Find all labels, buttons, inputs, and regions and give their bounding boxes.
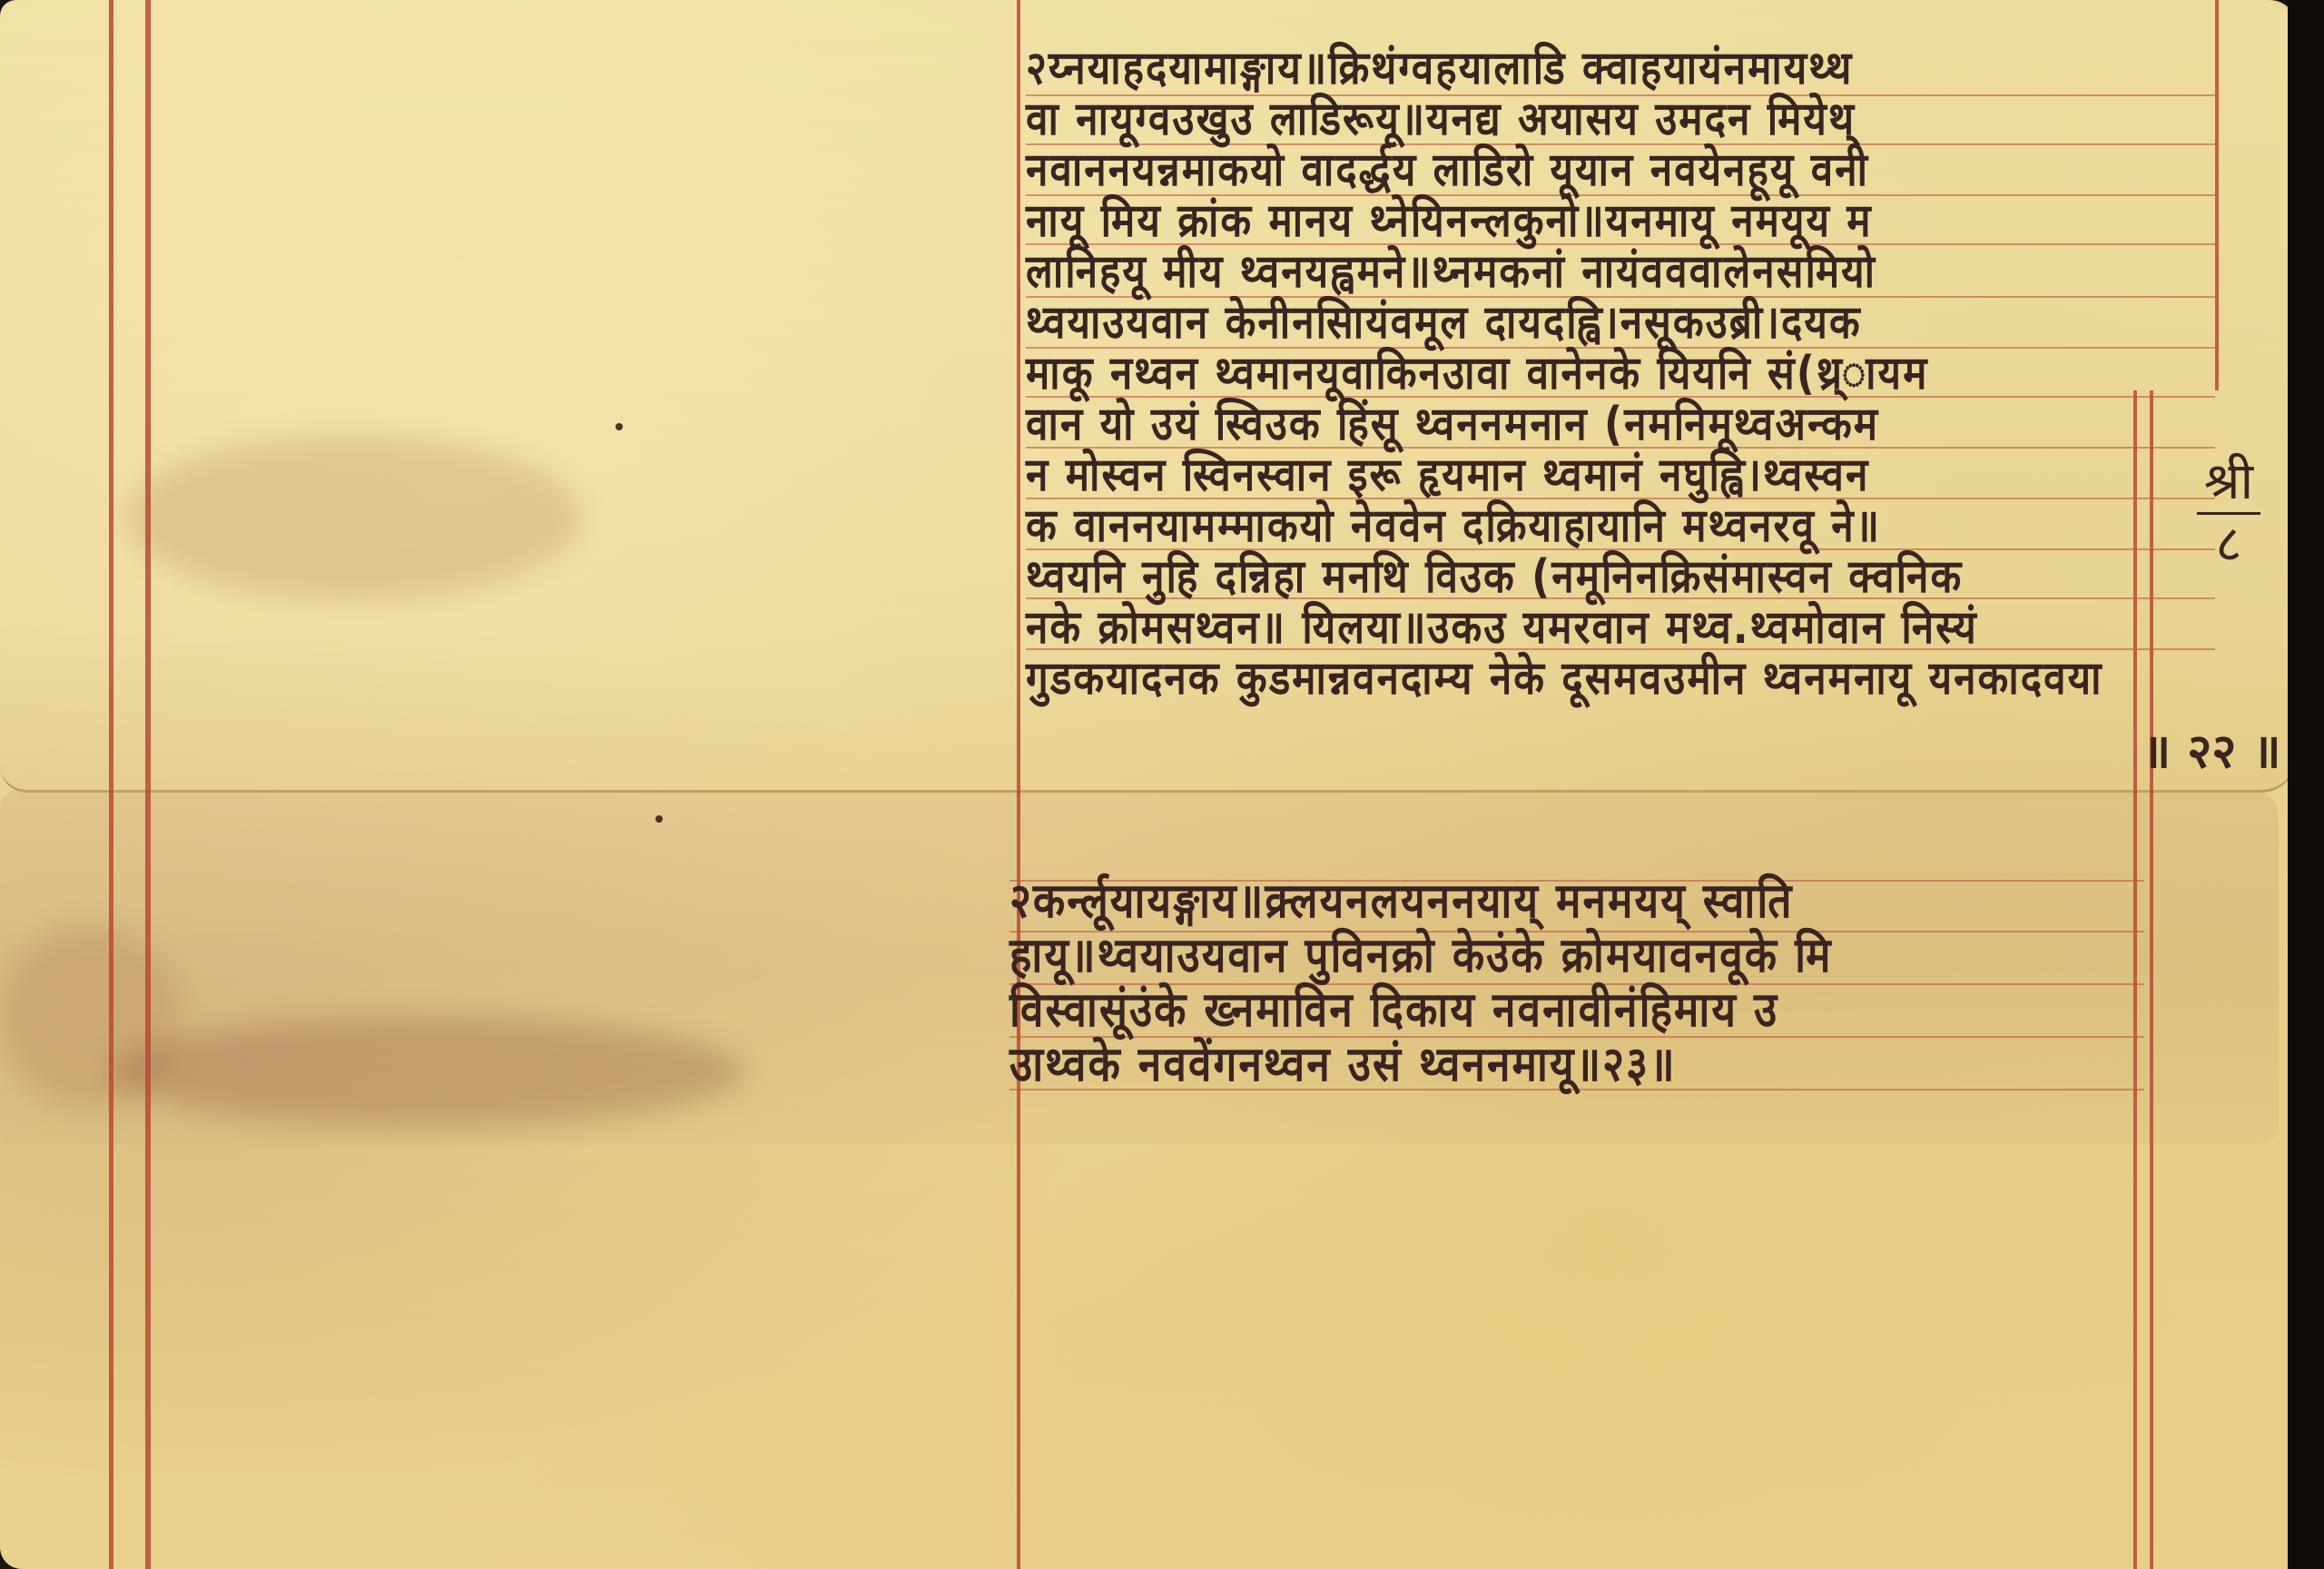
water-stain	[127, 436, 581, 599]
upper-text-block: २य्नयाहदयामाङ्गाय॥क्रिथंग्वहयालाडि क्वाह…	[1026, 35, 2224, 743]
verse-number-22: ॥ २२ ॥	[2142, 717, 2281, 782]
background-edge	[2288, 0, 2324, 1569]
text-line: गुडकयादनक कुडमान्नवनदाम्य नेके दूसमवउमीन…	[1026, 645, 2103, 707]
left-margin-rule	[145, 0, 151, 1569]
left-margin-rule	[109, 0, 113, 1569]
water-stain	[109, 1017, 744, 1126]
text-line: उाथ्वके नववेंगनथ्वन उसं थ्वननमायू॥२३॥	[1009, 1031, 1677, 1095]
lower-text-block: २कर्न्लूयायङ्गाय॥क्र्लयनलयननयाय् मनमयय् …	[1009, 867, 2153, 1121]
text-left-rule	[1017, 0, 1020, 1569]
manuscript-folio: २य्नयाहदयामाङ्गाय॥क्रिथंग्वहयालाडि क्वाह…	[0, 0, 2297, 1569]
margin-note-bottom: ८	[2197, 517, 2260, 573]
ink-spot	[615, 423, 623, 430]
ink-spot	[655, 815, 663, 823]
margin-note-top: श्री	[2197, 454, 2260, 510]
water-stain	[0, 926, 182, 1108]
margin-note: श्री ८	[2197, 454, 2260, 572]
